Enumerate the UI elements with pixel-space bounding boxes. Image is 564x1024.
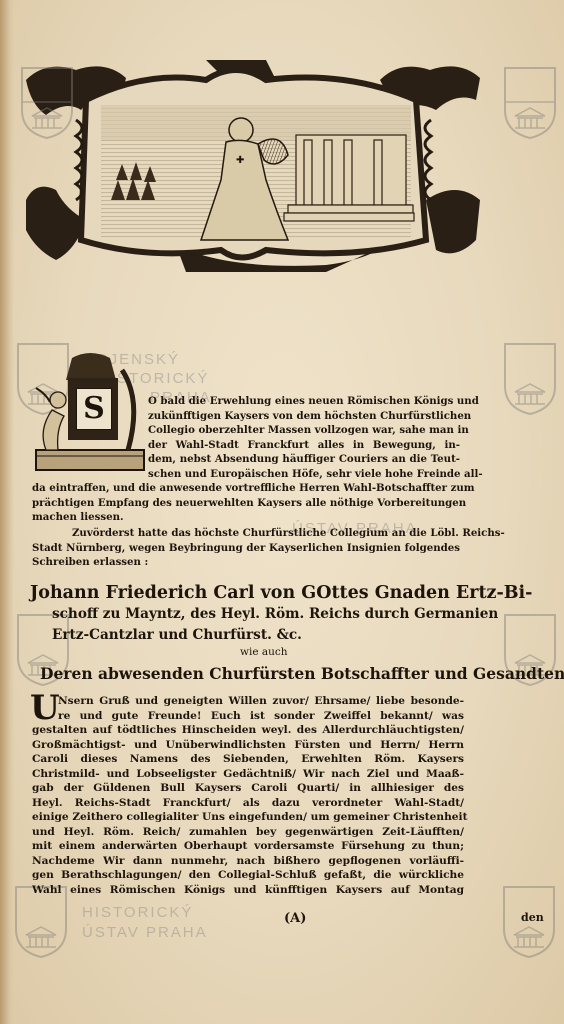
heading-connector: wie auch xyxy=(240,646,288,658)
drop-capital: U xyxy=(30,693,60,723)
engraved-vignette: ✚ xyxy=(26,60,480,272)
second-paragraph: Zuvörderst hatte das höchste Churfürstli… xyxy=(32,526,460,570)
letter-addressees: Deren abwesenden Churfürsten Botschaffte… xyxy=(40,664,564,683)
svg-text:✚: ✚ xyxy=(236,155,244,166)
watermark-text: HISTORICKÝ ÚSTAV PRAHA xyxy=(82,903,208,943)
opening-paragraph-continued: da eintraffen, und die anwesende vortref… xyxy=(32,481,460,525)
vignette-illustration-icon: ✚ xyxy=(26,60,480,272)
opening-paragraph-indented: O bald die Erwehlung eines neuen Römisch… xyxy=(148,394,460,482)
institution-emblem-icon xyxy=(503,66,557,140)
letter-heading: Johann Friederich Carl von GOttes Gnaden… xyxy=(30,583,462,646)
signature-mark: (A) xyxy=(284,911,306,926)
letter-body-continued: gestalten auf tödtliches Hinscheiden wey… xyxy=(32,723,464,897)
decorated-initial: S xyxy=(32,350,148,472)
page-gutter xyxy=(0,0,14,1024)
catchword: den xyxy=(521,911,544,924)
institution-emblem-icon xyxy=(503,342,557,416)
letter-body: Nsern Gruß und geneigten Willen zuvor/ E… xyxy=(58,694,464,723)
initial-letter: S xyxy=(76,388,112,430)
book-page: ✚ V xyxy=(0,0,564,1024)
institution-emblem-icon xyxy=(20,66,74,140)
